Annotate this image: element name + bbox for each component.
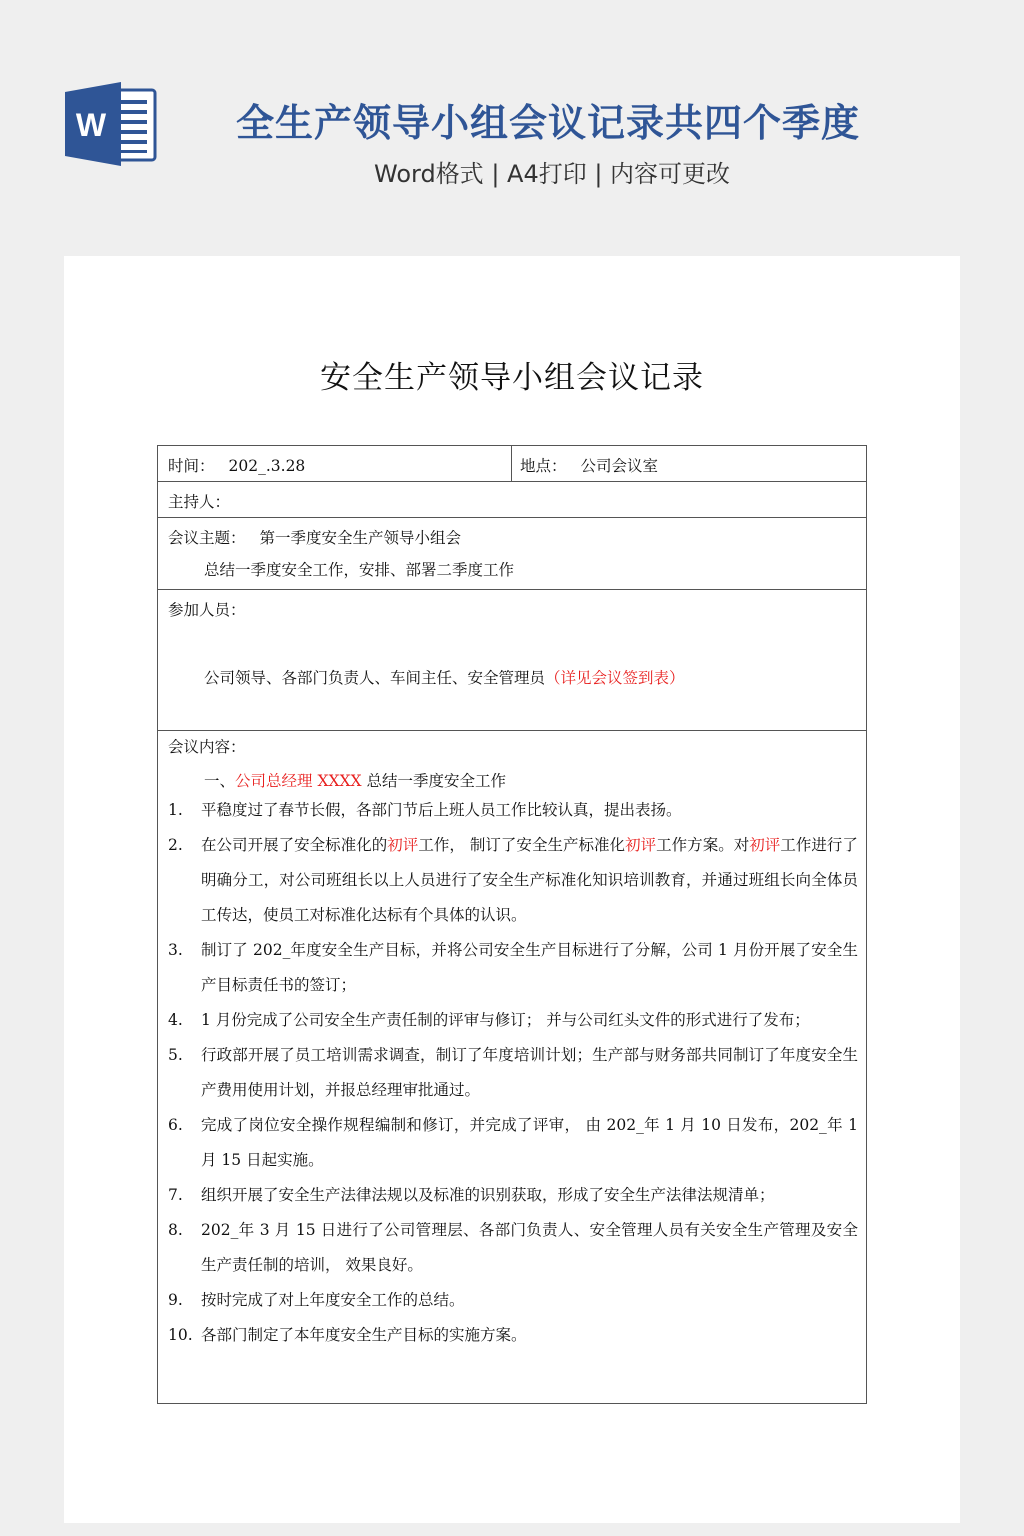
- item-text: 202_年 3 月 15 日进行了公司管理层、各部门负责人、安全管理人员有关安全…: [201, 1213, 858, 1283]
- item-text: 制订了 202_年度安全生产目标，并将公司安全生产目标进行了分解，公司 1 月份…: [201, 933, 858, 1003]
- attendees-line: 公司领导、各部门负责人、车间主任、安全管理员（详见会议签到表）: [204, 666, 685, 688]
- word-icon: W: [65, 82, 157, 166]
- attendees-row: 参加人员： 公司领导、各部门负责人、车间主任、安全管理员（详见会议签到表）: [158, 590, 866, 731]
- item-text: 在公司开展了安全标准化的初评工作， 制订了安全生产标准化初评工作方案。对初评工作…: [201, 828, 858, 933]
- time-location-row: 时间：202_.3.28 地点：公司会议室: [158, 446, 866, 482]
- attendees-label: 参加人员：: [168, 598, 856, 620]
- list-item: 6. 完成了岗位安全操作规程编制和修订，并完成了评审， 由 202_年 1 月 …: [168, 1108, 858, 1178]
- location-cell: 地点：公司会议室: [512, 446, 866, 481]
- host-label: 主持人：: [168, 493, 230, 511]
- item-text: 各部门制定了本年度安全生产目标的实施方案。: [201, 1318, 858, 1353]
- list-item: 2. 在公司开展了安全标准化的初评工作， 制订了安全生产标准化初评工作方案。对初…: [168, 828, 858, 933]
- item-text: 组织开展了安全生产法律法规以及标准的识别获取，形成了安全生产法律法规清单；: [201, 1178, 858, 1213]
- list-item: 5. 行政部开展了员工培训需求调查，制订了年度培训计划；生产部与财务部共同制订了…: [168, 1038, 858, 1108]
- banner: W 全生产领导小组会议记录共四个季度 Word格式 | A4打印 | 内容可更改: [0, 0, 1024, 256]
- document-page: 安全生产领导小组会议记录 时间：202_.3.28 地点：公司会议室 主持人： …: [64, 256, 960, 1523]
- content-label: 会议内容：: [168, 737, 858, 757]
- topic-label: 会议主题：: [168, 529, 246, 547]
- list-item: 8. 202_年 3 月 15 日进行了公司管理层、各部门负责人、安全管理人员有…: [168, 1213, 858, 1283]
- item-number: 6.: [168, 1108, 201, 1178]
- topic-detail: 总结一季度安全工作，安排、部署二季度工作: [168, 558, 856, 580]
- item-number: 8.: [168, 1213, 201, 1283]
- list-item: 4. 1 月份完成了公司安全生产责任制的评审与修订； 并与公司红头文件的形式进行…: [168, 1003, 858, 1038]
- svg-text:W: W: [76, 107, 107, 143]
- time-cell: 时间：202_.3.28: [158, 446, 512, 481]
- item-number: 3.: [168, 933, 201, 1003]
- list-item: 9. 按时完成了对上年度安全工作的总结。: [168, 1283, 858, 1318]
- item-number: 5.: [168, 1038, 201, 1108]
- section-prefix: 一、: [204, 772, 235, 790]
- attendees-value: 公司领导、各部门负责人、车间主任、安全管理员: [204, 669, 545, 687]
- section-highlight: 公司总经理 XXXX: [235, 772, 362, 790]
- time-label: 时间：: [168, 457, 215, 475]
- host-row: 主持人：: [158, 482, 866, 518]
- item-number: 9.: [168, 1283, 201, 1318]
- topic-value: 第一季度安全生产领导小组会: [260, 529, 462, 547]
- item-text: 行政部开展了员工培训需求调查，制订了年度培训计划；生产部与财务部共同制订了年度安…: [201, 1038, 858, 1108]
- section-heading: 一、公司总经理 XXXX 总结一季度安全工作: [168, 771, 858, 791]
- item-number: 1.: [168, 793, 201, 828]
- item-text: 1 月份完成了公司安全生产责任制的评审与修订； 并与公司红头文件的形式进行了发布…: [201, 1003, 858, 1038]
- location-label: 地点：: [520, 457, 567, 475]
- list-item: 7. 组织开展了安全生产法律法规以及标准的识别获取，形成了安全生产法律法规清单；: [168, 1178, 858, 1213]
- banner-title: 全生产领导小组会议记录共四个季度: [236, 92, 936, 147]
- item-text: 平稳度过了春节长假，各部门节后上班人员工作比较认真，提出表扬。: [201, 793, 858, 828]
- list-item: 1. 平稳度过了春节长假，各部门节后上班人员工作比较认真，提出表扬。: [168, 793, 858, 828]
- item-number: 10.: [168, 1318, 201, 1353]
- document-title: 安全生产领导小组会议记录: [64, 352, 960, 397]
- location-value: 公司会议室: [581, 457, 659, 475]
- item-number: 7.: [168, 1178, 201, 1213]
- attendees-note: （详见会议签到表）: [545, 669, 685, 687]
- banner-subtitle: Word格式 | A4打印 | 内容可更改: [374, 154, 730, 189]
- meeting-record-table: 时间：202_.3.28 地点：公司会议室 主持人： 会议主题：第一季度安全生产…: [157, 445, 867, 1404]
- item-text: 按时完成了对上年度安全工作的总结。: [201, 1283, 858, 1318]
- topic-row: 会议主题：第一季度安全生产领导小组会 总结一季度安全工作，安排、部署二季度工作: [158, 518, 866, 590]
- list-item: 3. 制订了 202_年度安全生产目标，并将公司安全生产目标进行了分解，公司 1…: [168, 933, 858, 1003]
- list-item: 10. 各部门制定了本年度安全生产目标的实施方案。: [168, 1318, 858, 1353]
- item-text: 完成了岗位安全操作规程编制和修订，并完成了评审， 由 202_年 1 月 10 …: [201, 1108, 858, 1178]
- time-value: 202_.3.28: [229, 457, 306, 475]
- item-number: 2.: [168, 828, 201, 933]
- section-rest: 总结一季度安全工作: [362, 772, 506, 790]
- item-number: 4.: [168, 1003, 201, 1038]
- content-row: 会议内容： 一、公司总经理 XXXX 总结一季度安全工作 1. 平稳度过了春节长…: [158, 731, 866, 1403]
